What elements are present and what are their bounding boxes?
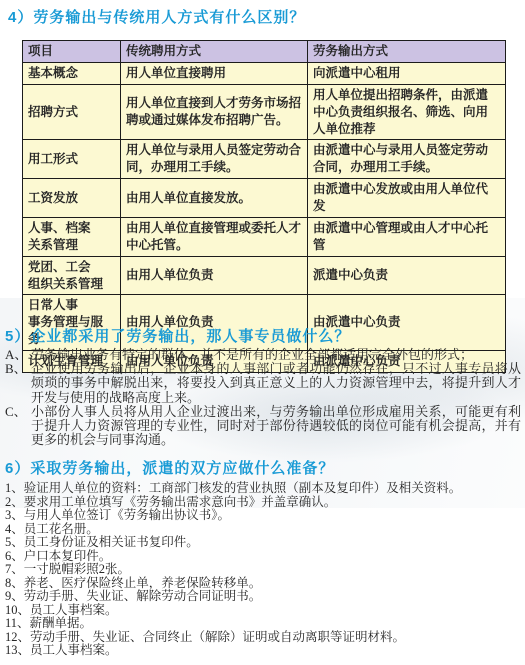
row-label: 工资发放 (23, 179, 121, 218)
section-5-points: A、 劳务输出业务有特定的群体，并不是所有的企业全部都适用完全外包的形式； B、… (5, 348, 521, 447)
table-header-row: 项目 传统聘用方式 劳务输出方式 (23, 41, 506, 63)
list-item: 2、要求用工单位填写《劳务输出需求意向书》并盖章确认。 (5, 496, 521, 510)
table-row: 基本概念 用人单位直接聘用 向派遣中心租用 (23, 62, 506, 84)
list-item: 10、员工人事档案。 (5, 604, 521, 618)
row-label: 党团、工会 组织关系管理 (23, 256, 121, 295)
list-item: 1、验证用人单位的资料：工商部门核发的营业执照（副本及复印件）及相关资料。 (5, 482, 521, 496)
table-row: 工资发放 由用人单位直接发放。 由派遣中心发放或由用人单位代发 (23, 179, 506, 218)
table-row: 党团、工会 组织关系管理 由用人单位负责 派遣中心负责 (23, 256, 506, 295)
list-item: 4、员工花名册。 (5, 523, 521, 537)
row-label: 基本概念 (23, 62, 121, 84)
point-text: 劳务输出业务有特定的群体，并不是所有的企业全部都适用完全外包的形式； (31, 348, 521, 362)
cell-traditional: 用人单位与录用人员签定劳动合同，办理用工手续。 (121, 140, 308, 179)
section-6-title: 6）采取劳务输出，派遣的双方应做什么准备？ (5, 460, 334, 478)
cell-traditional: 由用人单位负责 (121, 256, 308, 295)
document-page: 4）劳务输出与传统用人方式有什么区别？ 项目 传统聘用方式 劳务输出方式 基本概… (0, 0, 525, 665)
point-label: B、 (5, 362, 31, 405)
list-item: 12、劳动手册、失业证、合同终止（解除）证明或自动离职等证明材料。 (5, 631, 521, 645)
cell-dispatch: 派遣中心负责 (308, 256, 506, 295)
cell-dispatch: 向派遣中心租用 (308, 62, 506, 84)
cell-traditional: 用人单位直接到人才劳务市场招聘或通过媒体发布招聘广告。 (121, 84, 308, 140)
header-dispatch: 劳务输出方式 (308, 41, 506, 63)
point-c: C、 小部份人事人员将从用人企业过渡出来，与劳务输出单位形成雇用关系，可能更有利… (5, 405, 521, 448)
point-text: 企业使用劳务输出后，企业本身的人事部门或者功能仍然存在，只不过人事专员将从烦琐的… (31, 362, 521, 405)
point-label: A、 (5, 348, 31, 362)
list-item: 9、劳动手册、失业证、解除劳动合同证明书。 (5, 590, 521, 604)
row-label: 招聘方式 (23, 84, 121, 140)
cell-dispatch: 由派遣中心管理或由人才中心托管 (308, 217, 506, 256)
cell-traditional: 用人单位直接聘用 (121, 62, 308, 84)
list-item: 13、员工人事档案。 (5, 644, 521, 658)
section-4-title: 4）劳务输出与传统用人方式有什么区别？ (8, 9, 305, 27)
comparison-table: 项目 传统聘用方式 劳务输出方式 基本概念 用人单位直接聘用 向派遣中心租用 招… (22, 40, 506, 373)
list-item: 8、养老、医疗保险终止单，养老保险转移单。 (5, 577, 521, 591)
table-row: 人事、档案 关系管理 由用人单位直接管理或委托人才中心托管。 由派遣中心管理或由… (23, 217, 506, 256)
header-traditional: 传统聘用方式 (121, 41, 308, 63)
list-item: 3、与用人单位签订《劳务输出协议书》。 (5, 509, 521, 523)
cell-dispatch: 由派遣中心发放或由用人单位代发 (308, 179, 506, 218)
table-row: 招聘方式 用人单位直接到人才劳务市场招聘或通过媒体发布招聘广告。 用人单位提出招… (23, 84, 506, 140)
point-text: 小部份人事人员将从用人企业过渡出来，与劳务输出单位形成雇用关系，可能更有利于提升… (31, 405, 521, 448)
section-5-title: 5）企业都采用了劳务输出，那人事专员做什么？ (5, 328, 350, 346)
list-item: 7、一寸脱帽彩照2张。 (5, 563, 521, 577)
point-label: C、 (5, 405, 31, 448)
list-item: 11、薪酬单据。 (5, 617, 521, 631)
cell-traditional: 由用人单位直接管理或委托人才中心托管。 (121, 217, 308, 256)
cell-dispatch: 用人单位提出招聘条件，由派遣中心负责组织报名、筛选、向用人单位推荐 (308, 84, 506, 140)
point-a: A、 劳务输出业务有特定的群体，并不是所有的企业全部都适用完全外包的形式； (5, 348, 521, 362)
row-label: 人事、档案 关系管理 (23, 217, 121, 256)
row-label: 用工形式 (23, 140, 121, 179)
table-row: 用工形式 用人单位与录用人员签定劳动合同，办理用工手续。 由派遣中心与录用人员签… (23, 140, 506, 179)
list-item: 5、员工身份证及相关证书复印件。 (5, 536, 521, 550)
preparation-list: 1、验证用人单位的资料：工商部门核发的营业执照（副本及复印件）及相关资料。 2、… (5, 482, 521, 658)
cell-traditional: 由用人单位直接发放。 (121, 179, 308, 218)
cell-dispatch: 由派遣中心与录用人员签定劳动合同，办理用工手续。 (308, 140, 506, 179)
header-item: 项目 (23, 41, 121, 63)
list-item: 6、户口本复印件。 (5, 550, 521, 564)
point-b: B、 企业使用劳务输出后，企业本身的人事部门或者功能仍然存在，只不过人事专员将从… (5, 362, 521, 405)
